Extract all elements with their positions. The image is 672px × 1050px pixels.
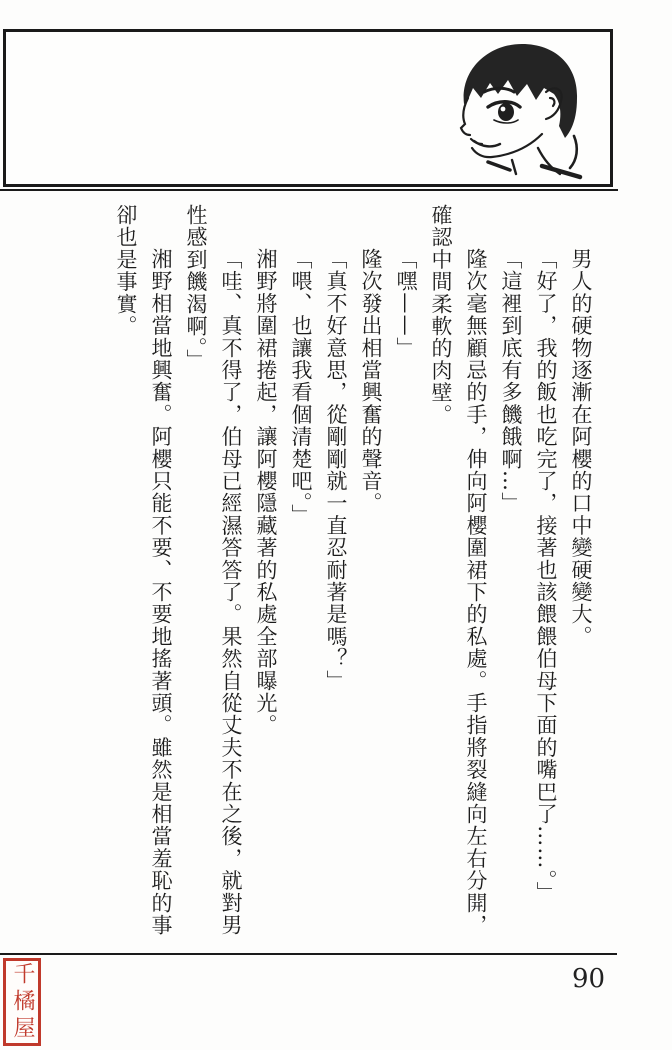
page-number: 90 [572, 964, 605, 994]
vertical-text-block: 男人的硬物逐漸在阿櫻的口中變硬變大。「好了，我的飯也吃完了，接著也該餵餵伯母下面… [88, 204, 598, 950]
illustration-frame [3, 29, 613, 187]
footer-divider [0, 953, 617, 955]
paragraph: 「喂、也讓我看個清楚吧。」 [283, 204, 318, 950]
paragraph: 「哇、真不得了，伯母已經濕答答了。果然自從丈夫不在之後，就對男性感到饑渴啊。」 [178, 204, 248, 950]
seal-text: 千橘屋 [6, 962, 38, 1043]
paragraph: 湘野相當地興奮。阿櫻只能不要、不要地搖著頭。雖然是相當羞恥的事卻也是事實。 [108, 204, 178, 950]
frame-underline [0, 189, 618, 191]
paragraph: 「好了，我的飯也吃完了，接著也該餵餵伯母下面的嘴巴了……。」 [528, 204, 563, 950]
paragraph: 男人的硬物逐漸在阿櫻的口中變硬變大。 [563, 204, 598, 950]
paragraph: 「這裡到底有多饑餓啊…」 [493, 204, 528, 950]
paragraph: 隆次毫無顧忌的手，伸向阿櫻圍裙下的私處。手指將裂縫向左右分開，確認中間柔軟的肉壁… [423, 204, 493, 950]
man-face-illustration [454, 38, 588, 180]
paragraph: 「嘿——」 [388, 204, 423, 950]
paragraph: 湘野將圍裙捲起，讓阿櫻隱藏著的私處全部曝光。 [248, 204, 283, 950]
paragraph: 「真不好意思，從剛剛就一直忍耐著是嗎？」 [318, 204, 353, 950]
paragraph: 隆次發出相當興奮的聲音。 [353, 204, 388, 950]
scanned-book-page: 男人的硬物逐漸在阿櫻的口中變硬變大。「好了，我的飯也吃完了，接著也該餵餵伯母下面… [0, 0, 672, 1050]
publisher-seal: 千橘屋 [3, 958, 41, 1046]
